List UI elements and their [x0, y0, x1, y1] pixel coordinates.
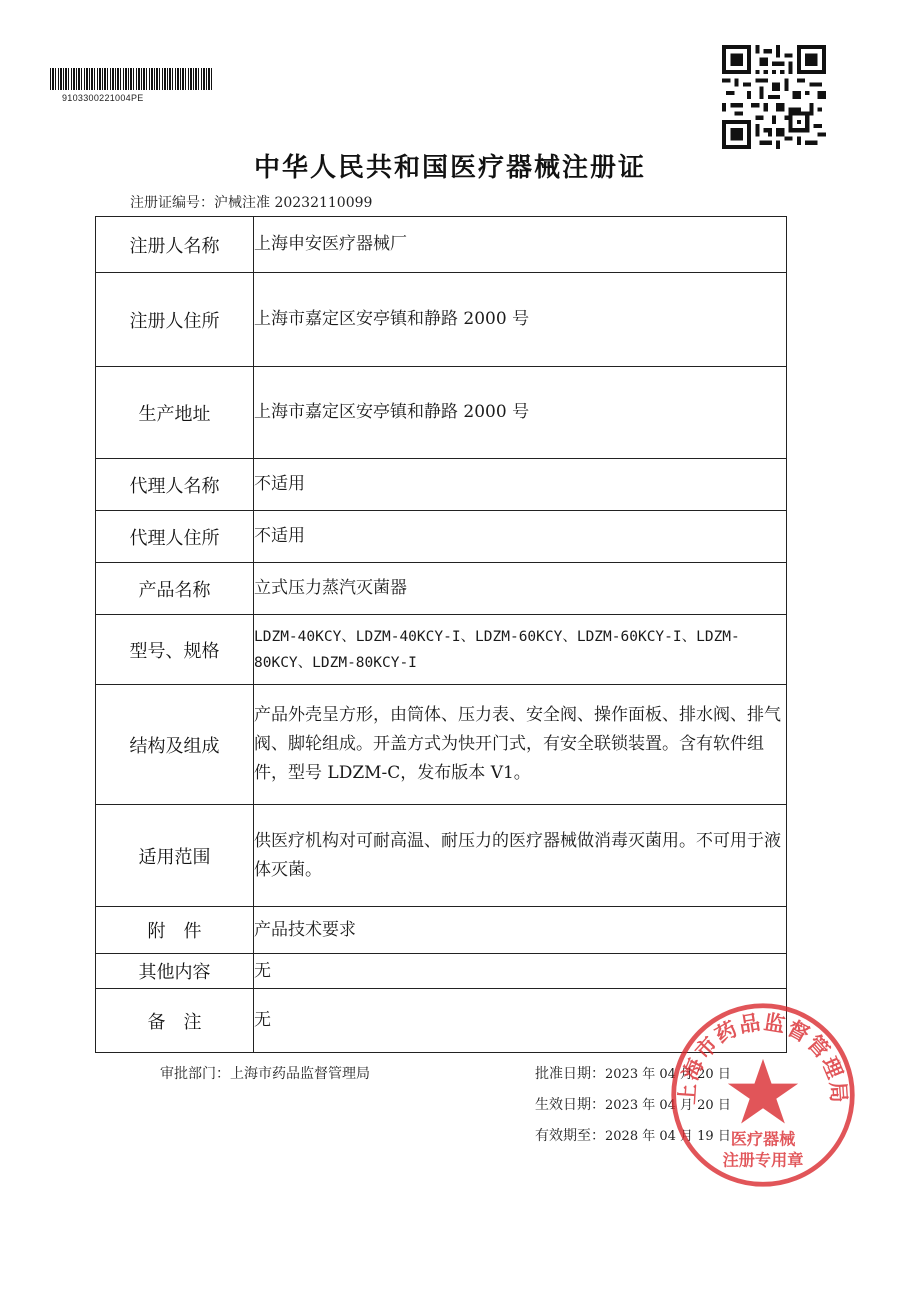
certificate-table: 注册人名称上海申安医疗器械厂 注册人住所上海市嘉定区安亭镇和静路 2000 号 … — [95, 216, 787, 1053]
table-row: 产品名称立式压力蒸汽灭菌器 — [96, 563, 787, 615]
table-row: 生产地址上海市嘉定区安亭镇和静路 2000 号 — [96, 367, 787, 459]
table-row: 其他内容无 — [96, 954, 787, 989]
row-label: 注册人名称 — [96, 217, 254, 273]
table-row: 代理人住所不适用 — [96, 511, 787, 563]
row-label: 备 注 — [96, 989, 254, 1053]
registration-number-label: 注册证编号： — [130, 195, 214, 211]
row-label: 型号、规格 — [96, 615, 254, 685]
row-value: 上海申安医疗器械厂 — [254, 217, 787, 273]
row-value: 无 — [254, 954, 787, 989]
table-row: 型号、规格LDZM-40KCY、LDZM-40KCY-I、LDZM-60KCY、… — [96, 615, 787, 685]
table-row: 附 件产品技术要求 — [96, 907, 787, 954]
approval-department-label: 审批部门： — [160, 1066, 230, 1082]
official-seal-icon: 上海市药品监督管理局 医疗器械 注册专用章 — [668, 1000, 858, 1190]
row-value: 产品技术要求 — [254, 907, 787, 954]
table-row: 结构及组成产品外壳呈方形，由筒体、压力表、安全阀、操作面板、排水阀、排气阀、脚轮… — [96, 685, 787, 805]
barcode — [50, 68, 214, 90]
row-label: 其他内容 — [96, 954, 254, 989]
expiry-date-label: 有效期至： — [535, 1128, 605, 1144]
row-label: 适用范围 — [96, 805, 254, 907]
table-row: 注册人住所上海市嘉定区安亭镇和静路 2000 号 — [96, 273, 787, 367]
approval-department-value: 上海市药品监督管理局 — [230, 1066, 370, 1082]
table-row: 代理人名称不适用 — [96, 459, 787, 511]
row-label: 代理人名称 — [96, 459, 254, 511]
approval-date-label: 批准日期： — [535, 1066, 605, 1082]
registration-number: 注册证编号：沪械注准 20232110099 — [130, 192, 372, 212]
registration-number-value: 沪械注准 20232110099 — [214, 195, 372, 211]
effective-date-label: 生效日期： — [535, 1097, 605, 1113]
document-title: 中华人民共和国医疗器械注册证 — [0, 147, 900, 184]
row-value: 不适用 — [254, 511, 787, 563]
row-value: 上海市嘉定区安亭镇和静路 2000 号 — [254, 367, 787, 459]
row-label: 生产地址 — [96, 367, 254, 459]
row-label: 附 件 — [96, 907, 254, 954]
row-value: LDZM-40KCY、LDZM-40KCY-I、LDZM-60KCY、LDZM-… — [254, 615, 787, 685]
row-label: 产品名称 — [96, 563, 254, 615]
row-value: 立式压力蒸汽灭菌器 — [254, 563, 787, 615]
row-value: 产品外壳呈方形，由筒体、压力表、安全阀、操作面板、排水阀、排气阀、脚轮组成。开盖… — [254, 685, 787, 805]
row-label: 注册人住所 — [96, 273, 254, 367]
row-value: 供医疗机构对可耐高温、耐压力的医疗器械做消毒灭菌用。不可用于液体灭菌。 — [254, 805, 787, 907]
seal-inner-line1: 医疗器械 — [731, 1129, 796, 1148]
row-value: 不适用 — [254, 459, 787, 511]
seal-inner-line2: 注册专用章 — [723, 1150, 804, 1169]
row-value: 上海市嘉定区安亭镇和静路 2000 号 — [254, 273, 787, 367]
qr-code-icon — [722, 45, 826, 149]
row-label: 代理人住所 — [96, 511, 254, 563]
table-row: 适用范围供医疗机构对可耐高温、耐压力的医疗器械做消毒灭菌用。不可用于液体灭菌。 — [96, 805, 787, 907]
table-row: 注册人名称上海申安医疗器械厂 — [96, 217, 787, 273]
approval-department: 审批部门：上海市药品监督管理局 — [160, 1063, 370, 1083]
barcode-number: 9103300221004PE — [62, 93, 144, 103]
row-label: 结构及组成 — [96, 685, 254, 805]
